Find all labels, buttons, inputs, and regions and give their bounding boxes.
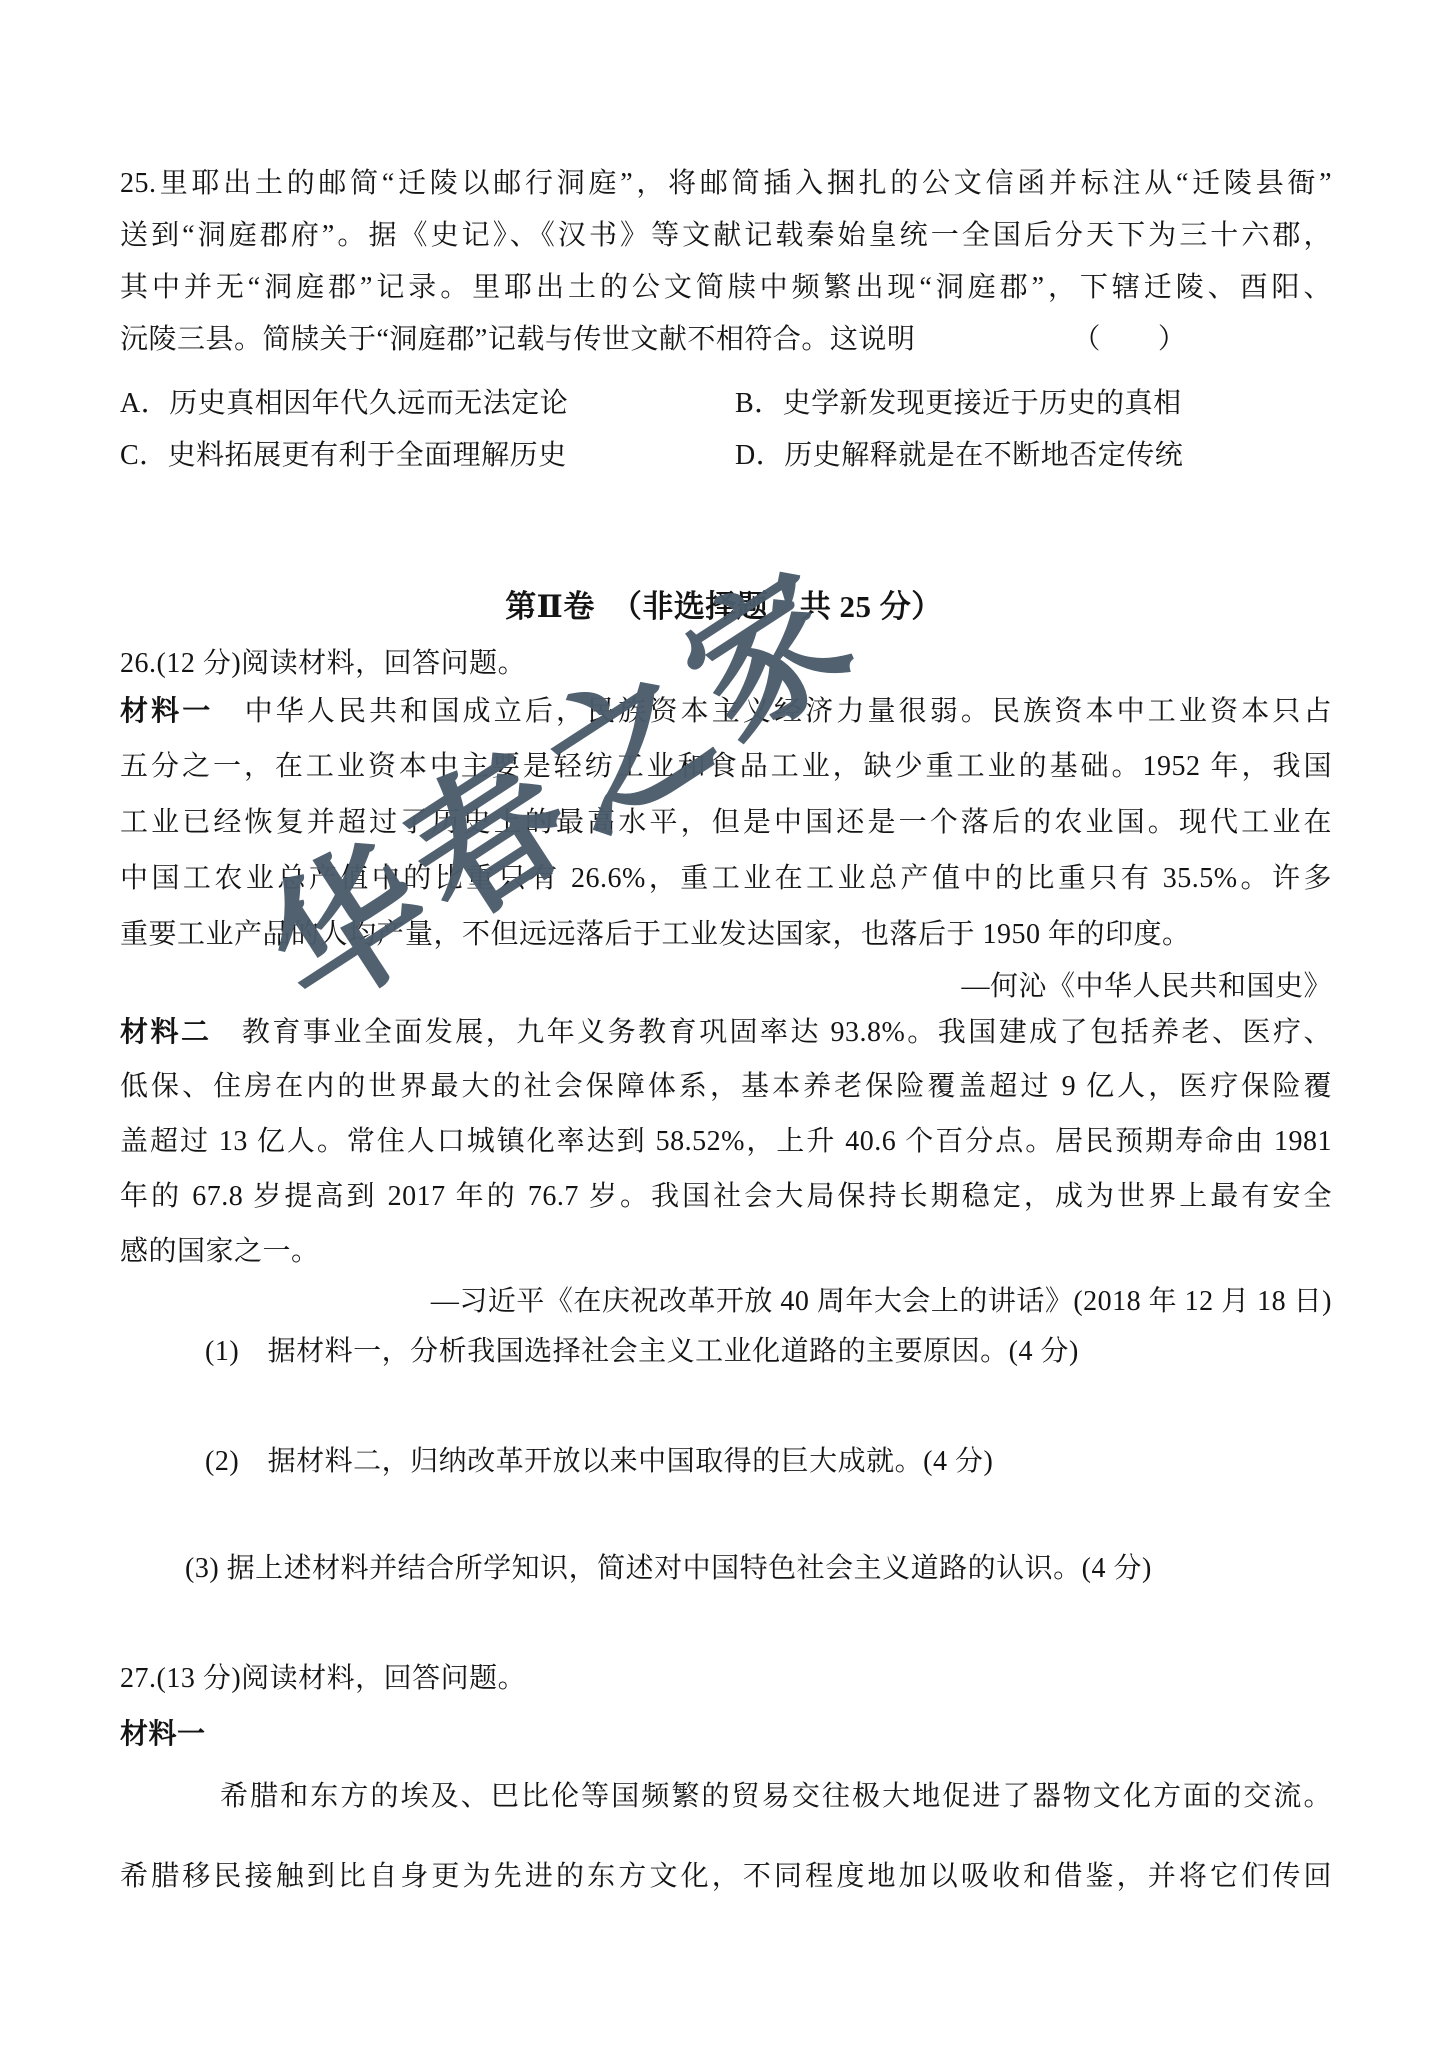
q27-paragraph-line-2: 希腊移民接触到比自身更为先进的东方文化，不同程度地加以吸收和借鉴，并将它们传回 [120, 1858, 1332, 1896]
q26-material2-line-3: 盖超过 13 亿人。常住人口城镇化率达到 58.52%，上升 40.6 个百分点… [120, 1123, 1332, 1161]
q25-line-2: 送到“洞庭郡府”。据《史记》、《汉书》等文献记载秦始皇统一全国后分天下为三十六郡… [120, 217, 1332, 255]
exam-page: 华春之家 25.里耶出土的邮简“迁陵以邮行洞庭”，将邮简插入捆扎的公文信函并标注… [0, 0, 1448, 2048]
material2-text: 教育事业全面发展，九年义务教育巩固率达 93.8%。我国建成了包括养老、医疗、 [211, 1017, 1332, 1048]
q25-option-d: D．历史解释就是在不断地否定传统 [735, 437, 1183, 475]
q26-material1-line-4: 中国工农业总产值中的比重只有 26.6%，重工业在工业总产值中的比重只有 35.… [120, 860, 1332, 898]
q26-subquestion-1: (1) 据材料一，分析我国选择社会主义工业化道路的主要原因。(4 分) [205, 1333, 1332, 1371]
material2-label: 材料二 [120, 1016, 211, 1047]
q26-material1-line-2: 五分之一，在工业资本中主要是轻纺工业和食品工业，缺少重工业的基础。1952 年，… [120, 748, 1332, 786]
q26-material1-source: —何沁《中华人民共和国史》 [120, 968, 1332, 1006]
q25-line-3: 其中并无“洞庭郡”记录。里耶出土的公文简牍中频繁出现“洞庭郡”，下辖迁陵、酉阳、 [120, 269, 1332, 307]
q25-option-a: A．历史真相因年代久远而无法定论 [120, 385, 568, 423]
q25-line-1: 25.里耶出土的邮简“迁陵以邮行洞庭”，将邮简插入捆扎的公文信函并标注从“迁陵县… [120, 165, 1332, 203]
q26-material2-source: —习近平《在庆祝改革开放 40 周年大会上的讲话》(2018 年 12 月 18… [120, 1283, 1332, 1321]
q26-material1-line-5: 重要工业产品的人均产量，不但远远落后于工业发达国家，也落后于 1950 年的印度… [120, 916, 1332, 954]
q26-subquestion-2: (2) 据材料二，归纳改革开放以来中国取得的巨大成就。(4 分) [205, 1443, 1332, 1481]
material1-label: 材料一 [120, 695, 213, 726]
section-ii-header: 第Ⅱ卷 （非选择题 共 25 分） [0, 588, 1448, 626]
q26-intro: 26.(12 分)阅读材料，回答问题。 [120, 645, 1332, 683]
q26-material1-line-1: 材料一 中华人民共和国成立后，民族资本主义经济力量很弱。民族资本中工业资本只占 [120, 692, 1332, 731]
q26-material1-line-3: 工业已经恢复并超过了历史上的最高水平，但是中国还是一个落后的农业国。现代工业在 [120, 804, 1332, 842]
q26-material2-line-1: 材料二 教育事业全面发展，九年义务教育巩固率达 93.8%。我国建成了包括养老、… [120, 1013, 1332, 1052]
q25-option-b: B．史学新发现更接近于历史的真相 [735, 385, 1182, 423]
q25-option-c: C．史料拓展更有利于全面理解历史 [120, 437, 567, 475]
material1-text: 中华人民共和国成立后，民族资本主义经济力量很弱。民族资本中工业资本只占 [213, 696, 1332, 727]
q27-paragraph-line-1: 希腊和东方的埃及、巴比伦等国频繁的贸易交往极大地促进了器物文化方面的交流。 [120, 1778, 1332, 1816]
q26-material2-line-5: 感的国家之一。 [120, 1233, 1332, 1271]
q26-material2-line-4: 年的 67.8 岁提高到 2017 年的 76.7 岁。我国社会大局保持长期稳定… [120, 1178, 1332, 1216]
q26-material2-line-2: 低保、住房在内的世界最大的社会保障体系，基本养老保险覆盖超过 9 亿人，医疗保险… [120, 1068, 1332, 1106]
q25-line-4: 沅陵三县。简牍关于“洞庭郡”记载与传世文献不相符合。这说明 （ ） [120, 321, 1332, 359]
q26-subquestion-3: (3) 据上述材料并结合所学知识，简述对中国特色社会主义道路的认识。(4 分) [185, 1550, 1332, 1588]
q27-intro: 27.(13 分)阅读材料，回答问题。 [120, 1660, 1332, 1698]
q27-material1-label: 材料一 [120, 1715, 1332, 1753]
